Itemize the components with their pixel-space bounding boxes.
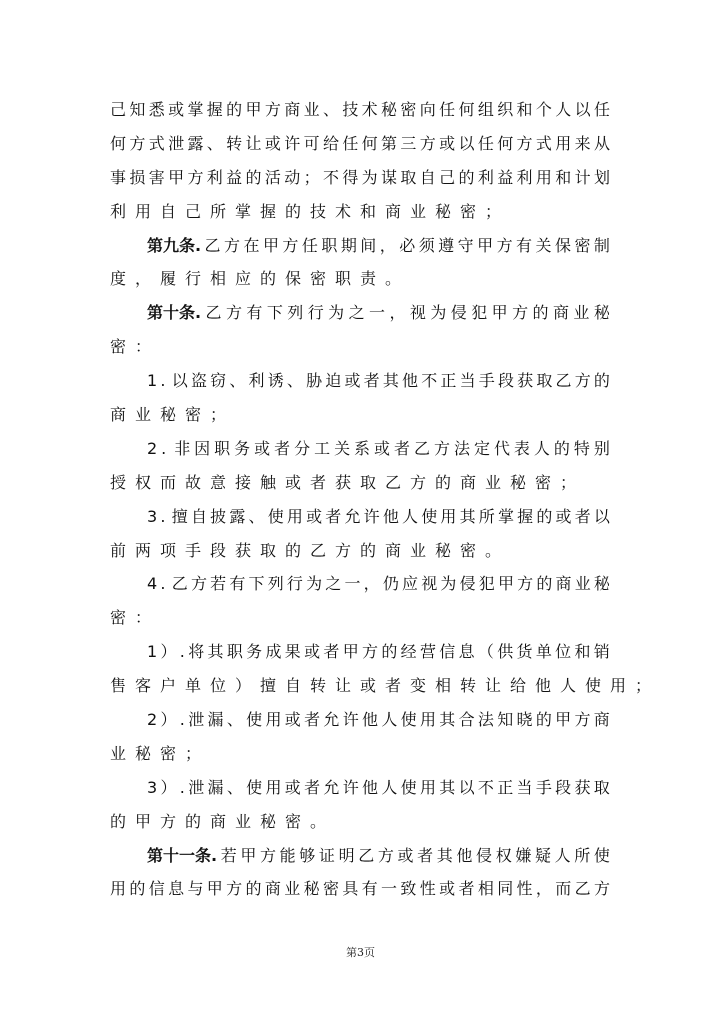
text-line: 4. 乙方若有下列行为之一，仍应视为侵犯甲方的商业秘 — [110, 567, 610, 601]
text-line: 前两项手段获取的乙方的商业秘密。 — [110, 534, 610, 568]
text-line: 3）.泄漏、使用或者允许他人使用其以不正当手段获取 — [110, 771, 610, 805]
article-heading: 第十一条. — [147, 839, 217, 873]
page-number: 第3页 — [0, 944, 721, 960]
text-line: 1）.将其职务成果或者甲方的经营信息（供货单位和销 — [110, 635, 610, 669]
text-line: 2）.泄漏、使用或者允许他人使用其合法知晓的甲方商 — [110, 703, 610, 737]
text-line: 第十条.乙方有下列行为之一，视为侵犯甲方的商业秘 — [110, 296, 610, 330]
text-line: 1. 以盗窃、利诱、胁迫或者其他不正当手段获取乙方的 — [110, 364, 610, 398]
text-line: 密： — [110, 601, 610, 635]
text-line: 商业秘密； — [110, 398, 610, 432]
text-line: 售客户单位）擅自转让或者变相转让给他人使用； — [110, 669, 610, 703]
text-line: 何方式泄露、转让或许可给任何第三方或以任何方式用来从 — [110, 127, 610, 161]
text-line: 度，履行相应的保密职责。 — [110, 262, 610, 296]
text-line: 第九条.乙方在甲方任职期间，必须遵守甲方有关保密制 — [110, 229, 610, 263]
document-page: 己知悉或掌握的甲方商业、技术秘密向任何组织和个人以任何方式泄露、转让或许可给任何… — [0, 0, 721, 1020]
text-line: 密： — [110, 330, 610, 364]
text-line: 2. 非因职务或者分工关系或者乙方法定代表人的特别 — [110, 432, 610, 466]
text-line: 事损害甲方利益的活动；不得为谋取自己的利益利用和计划 — [110, 161, 610, 195]
text-line: 己知悉或掌握的甲方商业、技术秘密向任何组织和个人以任 — [110, 93, 610, 127]
text-line: 业秘密； — [110, 737, 610, 771]
document-body: 己知悉或掌握的甲方商业、技术秘密向任何组织和个人以任何方式泄露、转让或许可给任何… — [110, 93, 610, 906]
article-heading: 第十条. — [147, 296, 201, 330]
text-line: 3. 擅自披露、使用或者允许他人使用其所掌握的或者以 — [110, 500, 610, 534]
text-line: 授权而故意接触或者获取乙方的商业秘密； — [110, 466, 610, 500]
text-line: 利用自己所掌握的技术和商业秘密； — [110, 195, 610, 229]
text-line: 用的信息与甲方的商业秘密具有一致性或者相同性，而乙方 — [110, 872, 610, 906]
text-line: 的甲方的商业秘密。 — [110, 805, 610, 839]
article-heading: 第九条. — [147, 229, 201, 263]
text-line: 第十一条.若甲方能够证明乙方或者其他侵权嫌疑人所使 — [110, 839, 610, 873]
